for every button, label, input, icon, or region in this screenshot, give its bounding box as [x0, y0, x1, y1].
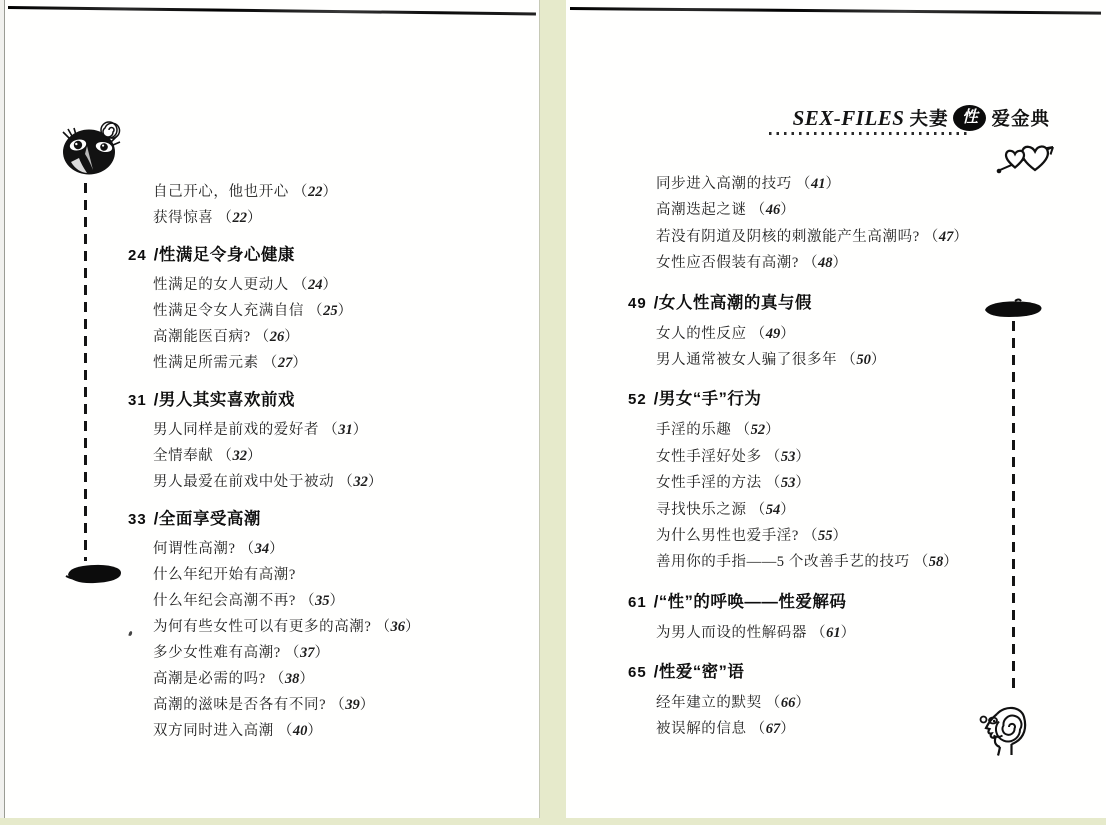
- chapter-separator: /: [649, 663, 659, 681]
- toc-chapter-heading: 24 /性满足令身心健康: [128, 240, 528, 270]
- item-title: 为什么男性也爱手淫?: [656, 528, 799, 544]
- item-page-number: 48: [818, 255, 833, 271]
- toc-chapter-heading: 65 /性爱“密”语: [628, 657, 1098, 687]
- toc-item: 善用你的手指——5 个改善手艺的技巧（58）: [628, 549, 1098, 575]
- toc-item: 高潮的滋味是否各有不同?（39）: [128, 692, 528, 718]
- item-page-ref: （41）: [792, 176, 841, 192]
- chapter-start-page: 33: [128, 511, 149, 528]
- item-title: 高潮迭起之谜: [656, 202, 747, 218]
- item-page-number: 22: [308, 184, 323, 200]
- chapter-start-page: 31: [128, 392, 149, 409]
- item-page-number: 46: [766, 202, 781, 218]
- item-title: 为男人而设的性解码器: [656, 625, 807, 641]
- item-title: 女人的性反应: [656, 326, 747, 342]
- item-title: 双方同时进入高潮: [153, 723, 274, 739]
- item-title: 获得惊喜: [153, 210, 213, 226]
- item-page-number: 67: [766, 721, 781, 737]
- toc-chapter-heading: 52 /男女“手”行为: [628, 384, 1098, 414]
- book-scan-spread: { "header": { "brand_script": "SEX-FILES…: [0, 0, 1106, 825]
- running-head: SEX-FILES 夫妻 性 爱金典: [793, 103, 1050, 133]
- item-title: 全情奉献: [153, 448, 213, 464]
- item-page-number: 53: [781, 475, 796, 491]
- toc-item: 性满足所需元素（27）: [128, 350, 528, 376]
- item-title: 高潮能医百病?: [153, 329, 251, 345]
- brand-badge: 性: [953, 105, 986, 131]
- item-title: 同步进入高潮的技巧: [656, 176, 792, 192]
- toc-item: 自己开心，他也开心（22）: [128, 179, 528, 205]
- item-page-ref: （67）: [747, 721, 796, 737]
- toc-item: 为何有些女性可以有更多的高潮?（36）: [128, 614, 528, 640]
- toc-item: 全情奉献（32）: [128, 443, 528, 469]
- item-page-ref: （47）: [920, 229, 969, 245]
- toc-item: 若没有阴道及阴核的刺激能产生高潮吗?（47）: [628, 224, 1098, 250]
- item-page-number: 55: [818, 528, 833, 544]
- item-page-ref: （22）: [213, 210, 262, 226]
- item-title: 女性应否假装有高潮?: [656, 255, 799, 271]
- item-page-number: 37: [300, 645, 315, 661]
- item-title: 经年建立的默契: [656, 695, 762, 711]
- chapter-separator: /: [149, 246, 159, 264]
- toc-item: 经年建立的默契（66）: [628, 690, 1098, 716]
- item-page-number: 66: [781, 695, 796, 711]
- item-page-ref: （58）: [910, 554, 959, 570]
- item-title: 自己开心，他也开心: [153, 184, 289, 200]
- chapter-separator: /: [649, 390, 659, 408]
- chapter-separator: /: [149, 391, 159, 409]
- chapter-separator: /: [149, 510, 159, 528]
- item-page-ref: （55）: [799, 528, 848, 544]
- toc-item: 女性手淫好处多（53）: [628, 444, 1098, 470]
- toc-item: 获得惊喜（22）: [128, 205, 528, 231]
- item-title: 什么年纪开始有高潮?: [153, 567, 296, 583]
- item-page-ref: （31）: [319, 422, 368, 438]
- chapter-title: 男人其实喜欢前戏: [159, 391, 295, 409]
- toc-item: 高潮是必需的吗?（38）: [128, 666, 528, 692]
- toc-column-left: 自己开心，他也开心（22）获得惊喜（22）24 /性满足令身心健康性满足的女人更…: [128, 179, 528, 744]
- toc-item: 男人同样是前戏的爱好者（31）: [128, 417, 528, 443]
- item-page-ref: （50）: [837, 352, 886, 368]
- toc-item: 为男人而设的性解码器（61）: [628, 620, 1098, 646]
- item-page-ref: （26）: [251, 329, 300, 345]
- item-title: 女性手淫好处多: [656, 449, 762, 465]
- item-page-ref: （52）: [732, 422, 781, 438]
- chapter-title: 性爱“密”语: [659, 663, 745, 681]
- item-title: 高潮的滋味是否各有不同?: [153, 697, 326, 713]
- item-title: 被误解的信息: [656, 721, 747, 737]
- face-doodle-icon: [57, 120, 127, 177]
- toc-chapter-heading: 33 /全面享受高潮: [128, 504, 528, 534]
- item-page-ref: （53）: [762, 475, 811, 491]
- chapter-title: 全面享受高潮: [159, 510, 261, 528]
- toc-item: 性满足令女人充满自信（25）: [128, 298, 528, 324]
- item-page-ref: （66）: [762, 695, 811, 711]
- item-title: 男人通常被女人骗了很多年: [656, 352, 837, 368]
- item-title: 男人最爱在前戏中处于被动: [153, 474, 334, 490]
- left-page: 自己开心，他也开心（22）获得惊喜（22）24 /性满足令身心健康性满足的女人更…: [5, 0, 540, 818]
- toc-item: 女性应否假装有高潮?（48）: [628, 250, 1098, 276]
- ink-blob-icon: [65, 562, 125, 586]
- chapter-title: 男女“手”行为: [659, 390, 762, 408]
- item-title: 若没有阴道及阴核的刺激能产生高潮吗?: [656, 229, 920, 245]
- item-title: 寻找快乐之源: [656, 502, 747, 518]
- chapter-title: 女人性高潮的真与假: [659, 294, 812, 312]
- brand-cn-right: 爱金典: [991, 105, 1050, 131]
- item-page-ref: （49）: [747, 326, 796, 342]
- item-page-ref: （24）: [289, 277, 338, 293]
- item-title: 性满足的女人更动人: [153, 277, 289, 293]
- toc-item: 女性手淫的方法（53）: [628, 470, 1098, 496]
- toc-item: 何谓性高潮?（34）: [128, 536, 528, 562]
- item-page-number: 22: [233, 210, 248, 226]
- item-page-ref: （46）: [747, 202, 796, 218]
- toc-item: 双方同时进入高潮（40）: [128, 718, 528, 744]
- toc-item: 寻找快乐之源（54）: [628, 497, 1098, 523]
- right-page: SEX-FILES 夫妻 性 爱金典 同步进入高潮的技巧（41）高潮迭起之谜（4…: [566, 0, 1106, 818]
- item-page-number: 40: [293, 723, 308, 739]
- scan-artifact-line: [8, 6, 536, 15]
- item-page-number: 32: [353, 474, 368, 490]
- item-page-number: 26: [270, 329, 285, 345]
- toc-item: 什么年纪开始有高潮?: [128, 562, 528, 588]
- toc-item: 高潮迭起之谜（46）: [628, 197, 1098, 223]
- item-title: 何谓性高潮?: [153, 541, 236, 557]
- item-page-number: 31: [338, 422, 353, 438]
- toc-item: 为什么男性也爱手淫?（55）: [628, 523, 1098, 549]
- chapter-start-page: 61: [628, 594, 649, 611]
- item-page-ref: （53）: [762, 449, 811, 465]
- item-page-number: 36: [391, 619, 406, 635]
- chapter-start-page: 49: [628, 295, 649, 312]
- chapter-start-page: 65: [628, 664, 649, 681]
- item-page-ref: （32）: [334, 474, 383, 490]
- item-title: 女性手淫的方法: [656, 475, 762, 491]
- chapter-separator: /: [649, 294, 659, 312]
- item-page-number: 38: [285, 671, 300, 687]
- brand-script-title: SEX-FILES: [793, 106, 905, 131]
- dotted-underline: [769, 132, 967, 135]
- scan-artifact-line: [570, 7, 1101, 15]
- item-page-number: 24: [308, 277, 323, 293]
- toc-item: 高潮能医百病?（26）: [128, 324, 528, 350]
- toc-chapter-heading: 61 /“性”的呼唤——性爱解码: [628, 587, 1098, 617]
- chapter-title: 性满足令身心健康: [159, 246, 295, 264]
- item-page-ref: （36）: [371, 619, 420, 635]
- hearts-arrow-icon: [994, 139, 1060, 175]
- item-title: 性满足所需元素: [153, 355, 259, 371]
- item-page-ref: （61）: [807, 625, 856, 641]
- item-page-ref: （38）: [266, 671, 315, 687]
- item-title: 多少女性难有高潮?: [153, 645, 281, 661]
- chapter-title: “性”的呼唤——性爱解码: [659, 593, 847, 611]
- item-page-number: 49: [766, 326, 781, 342]
- item-page-number: 53: [781, 449, 796, 465]
- item-page-number: 54: [766, 502, 781, 518]
- item-title: 性满足令女人充满自信: [153, 303, 304, 319]
- toc-chapter-heading: 49 /女人性高潮的真与假: [628, 288, 1098, 318]
- item-page-ref: （22）: [289, 184, 338, 200]
- item-page-number: 25: [323, 303, 338, 319]
- item-page-number: 27: [278, 355, 293, 371]
- item-page-number: 52: [751, 422, 766, 438]
- toc-item: 被误解的信息（67）: [628, 716, 1098, 742]
- item-page-ref: （54）: [747, 502, 796, 518]
- toc-item: 同步进入高潮的技巧（41）: [628, 171, 1098, 197]
- item-title: 善用你的手指——5 个改善手艺的技巧: [656, 554, 910, 570]
- toc-item: 女人的性反应（49）: [628, 321, 1098, 347]
- item-page-ref: （27）: [259, 355, 308, 371]
- item-page-number: 50: [856, 352, 871, 368]
- toc-item: 手淫的乐趣（52）: [628, 417, 1098, 443]
- item-page-ref: （32）: [213, 448, 262, 464]
- item-page-ref: （39）: [326, 697, 375, 713]
- item-page-number: 34: [255, 541, 270, 557]
- item-title: 为何有些女性可以有更多的高潮?: [153, 619, 371, 635]
- brand-cn-left: 夫妻: [909, 105, 948, 131]
- chapter-separator: /: [649, 593, 659, 611]
- item-title: 什么年纪会高潮不再?: [153, 593, 296, 609]
- item-page-ref: （35）: [296, 593, 345, 609]
- toc-item: 男人最爱在前戏中处于被动（32）: [128, 469, 528, 495]
- item-page-number: 35: [315, 593, 330, 609]
- item-page-number: 39: [345, 697, 360, 713]
- item-title: 手淫的乐趣: [656, 422, 732, 438]
- item-page-ref: （25）: [304, 303, 353, 319]
- item-page-number: 47: [939, 229, 954, 245]
- item-title: 高潮是必需的吗?: [153, 671, 266, 687]
- item-page-number: 61: [826, 625, 841, 641]
- toc-item: 什么年纪会高潮不再?（35）: [128, 588, 528, 614]
- dashed-doodle-line: [84, 183, 87, 561]
- item-title: 男人同样是前戏的爱好者: [153, 422, 319, 438]
- item-page-ref: （48）: [799, 255, 848, 271]
- item-page-ref: （40）: [274, 723, 323, 739]
- item-page-number: 58: [929, 554, 944, 570]
- chapter-start-page: 52: [628, 391, 649, 408]
- chapter-start-page: 24: [128, 247, 149, 264]
- toc-item: 性满足的女人更动人（24）: [128, 272, 528, 298]
- toc-item: 多少女性难有高潮?（37）: [128, 640, 528, 666]
- toc-chapter-heading: 31 /男人其实喜欢前戏: [128, 385, 528, 415]
- toc-column-right: 同步进入高潮的技巧（41）高潮迭起之谜（46）若没有阴道及阴核的刺激能产生高潮吗…: [628, 171, 1098, 743]
- item-page-number: 41: [811, 176, 826, 192]
- item-page-ref: （34）: [236, 541, 285, 557]
- item-page-ref: （37）: [281, 645, 330, 661]
- item-page-number: 32: [233, 448, 248, 464]
- toc-item: 男人通常被女人骗了很多年（50）: [628, 347, 1098, 373]
